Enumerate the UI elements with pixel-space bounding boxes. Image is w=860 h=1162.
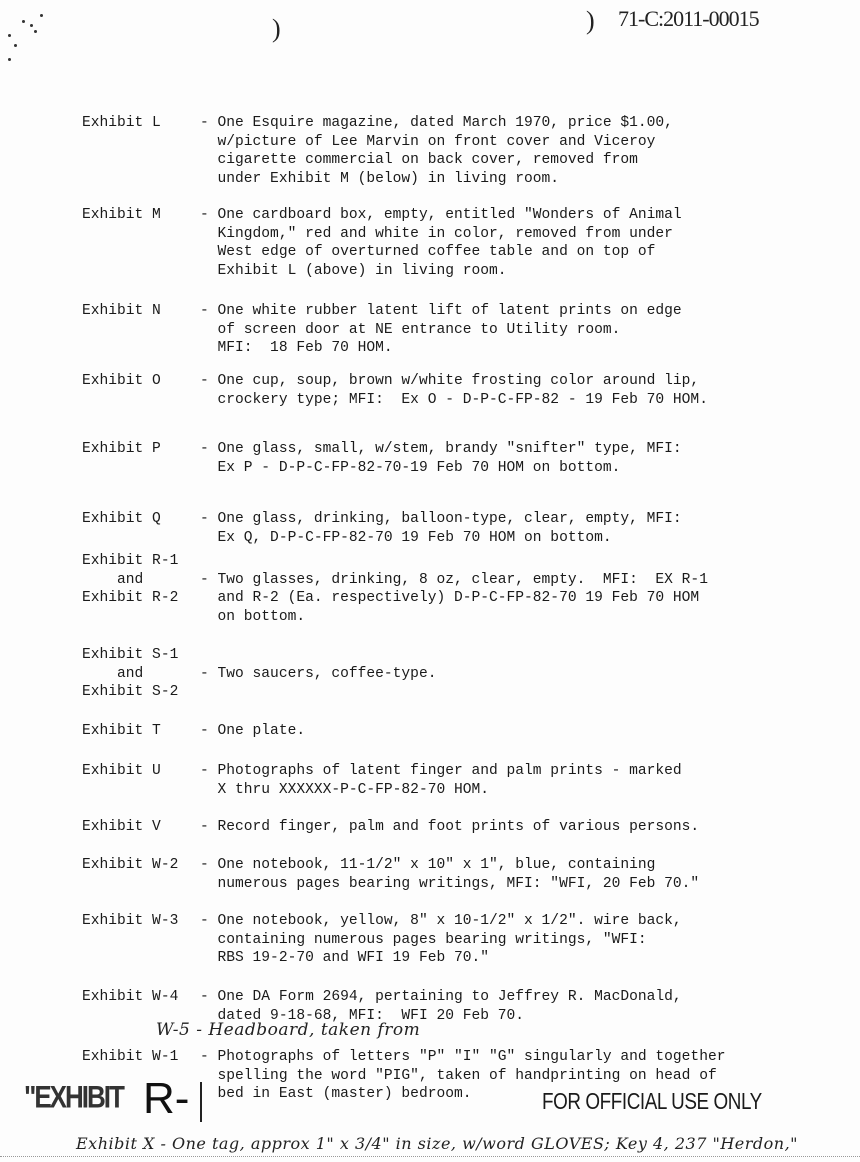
- exhibit-description-line: under Exhibit M (below) in living room.: [200, 170, 673, 189]
- exhibit-label-line: Exhibit O: [82, 372, 161, 391]
- scan-speck: [34, 30, 37, 33]
- exhibit-label-line: Exhibit W-4: [82, 988, 178, 1007]
- exhibit-description-line: of screen door at NE entrance to Utility…: [200, 321, 682, 340]
- exhibit-description: - One white rubber latent lift of latent…: [200, 302, 682, 358]
- exhibit-description-line: - Photographs of letters "P" "I" "G" sin…: [200, 1048, 725, 1067]
- bracket-mark: [200, 1082, 202, 1122]
- exhibit-description: - Two glasses, drinking, 8 oz, clear, em…: [200, 552, 708, 626]
- scan-speck: [40, 14, 43, 17]
- exhibit-label-line: Exhibit M: [82, 206, 161, 225]
- exhibit-description-line: - One white rubber latent lift of latent…: [200, 302, 682, 321]
- exhibit-label-line: Exhibit R-1: [82, 552, 178, 571]
- exhibit-description-line: numerous pages bearing writings, MFI: "W…: [200, 875, 699, 894]
- scan-speck: [14, 44, 17, 47]
- exhibit-label: Exhibit W-2: [82, 856, 178, 875]
- scan-speck: [8, 34, 11, 37]
- exhibit-label: Exhibit P: [82, 440, 161, 459]
- exhibit-description-line: spelling the word "PIG", taken of handpr…: [200, 1067, 725, 1086]
- exhibit-description: - One glass, drinking, balloon-type, cle…: [200, 510, 682, 547]
- exhibit-label-line: and: [82, 571, 178, 590]
- exhibit-description-line: West edge of overturned coffee table and…: [200, 243, 682, 262]
- exhibit-label: Exhibit O: [82, 372, 161, 391]
- exhibit-label: Exhibit V: [82, 818, 161, 837]
- exhibit-description-line: crockery type; MFI: Ex O - D-P-C-FP-82 -…: [200, 391, 708, 410]
- exhibit-stamp-blot: "EXHIBIT: [24, 1079, 123, 1116]
- exhibit-label: Exhibit Q: [82, 510, 161, 529]
- exhibit-description: - Photographs of latent finger and palm …: [200, 762, 682, 799]
- exhibit-description: - One Esquire magazine, dated March 1970…: [200, 114, 673, 188]
- exhibit-description-line: on bottom.: [200, 608, 708, 627]
- exhibit-label: Exhibit W-1: [82, 1048, 178, 1067]
- exhibit-description-line: - One DA Form 2694, pertaining to Jeffre…: [200, 988, 682, 1007]
- handwritten-exhibit-x-note: Exhibit X - One tag, approx 1" x 3/4" in…: [76, 1134, 798, 1153]
- exhibit-label: Exhibit R-1 andExhibit R-2: [82, 552, 178, 608]
- document-id: 71-C:2011-00015: [618, 6, 759, 32]
- exhibit-label-line: Exhibit S-2: [82, 683, 178, 702]
- exhibit-label-line: Exhibit W-1: [82, 1048, 178, 1067]
- exhibit-description-line: - Two glasses, drinking, 8 oz, clear, em…: [200, 571, 708, 590]
- scan-speck: [30, 24, 33, 27]
- exhibit-label-line: Exhibit S-1: [82, 646, 178, 665]
- handwritten-w5-note: W-5 - Headboard, taken from: [156, 1020, 420, 1040]
- exhibit-label-line: and: [82, 665, 178, 684]
- exhibit-description-line: - One glass, small, w/stem, brandy "snif…: [200, 440, 682, 459]
- exhibit-label-line: Exhibit U: [82, 762, 161, 781]
- exhibit-label: Exhibit T: [82, 722, 161, 741]
- exhibit-description: - Two saucers, coffee-type.: [200, 646, 436, 683]
- exhibit-description: - One cup, soup, brown w/white frosting …: [200, 372, 708, 409]
- exhibit-description: - One notebook, yellow, 8" x 10-1/2" x 1…: [200, 912, 682, 968]
- exhibit-description: - One notebook, 11-1/2" x 10" x 1", blue…: [200, 856, 699, 893]
- exhibit-description-line: Exhibit L (above) in living room.: [200, 262, 682, 281]
- scanned-document-page: ) ) 71-C:2011-00015 Exhibit L- One Esqui…: [0, 0, 860, 1162]
- exhibit-label-line: Exhibit Q: [82, 510, 161, 529]
- exhibit-description-line: - One cardboard box, empty, entitled "Wo…: [200, 206, 682, 225]
- scan-speck: [22, 20, 25, 23]
- exhibit-description-line: - One cup, soup, brown w/white frosting …: [200, 372, 708, 391]
- exhibit-description-line: X thru XXXXXX-P-C-FP-82-70 HOM.: [200, 781, 682, 800]
- exhibit-description-line: cigarette commercial on back cover, remo…: [200, 151, 673, 170]
- exhibit-description-line: - Record finger, palm and foot prints of…: [200, 818, 699, 837]
- exhibit-label-line: Exhibit W-2: [82, 856, 178, 875]
- exhibit-label-line: Exhibit R-2: [82, 589, 178, 608]
- exhibit-description: - One plate.: [200, 722, 305, 741]
- exhibit-description-line: - One plate.: [200, 722, 305, 741]
- official-use-stamp: FOR OFFICIAL USE ONLY: [542, 1088, 762, 1115]
- exhibit-label: Exhibit S-1 andExhibit S-2: [82, 646, 178, 702]
- exhibit-label: Exhibit U: [82, 762, 161, 781]
- exhibit-description-line: w/picture of Lee Marvin on front cover a…: [200, 133, 673, 152]
- exhibit-description-line: [200, 646, 436, 665]
- exhibit-label-line: Exhibit V: [82, 818, 161, 837]
- exhibit-description-line: Kingdom," red and white in color, remove…: [200, 225, 682, 244]
- exhibit-description: - Record finger, palm and foot prints of…: [200, 818, 699, 837]
- exhibit-description: - One cardboard box, empty, entitled "Wo…: [200, 206, 682, 280]
- exhibit-description-line: and R-2 (Ea. respectively) D-P-C-FP-82-7…: [200, 589, 708, 608]
- exhibit-description-line: - One glass, drinking, balloon-type, cle…: [200, 510, 682, 529]
- exhibit-description-line: Ex P - D-P-C-FP-82-70-19 Feb 70 HOM on b…: [200, 459, 682, 478]
- exhibit-label-line: Exhibit P: [82, 440, 161, 459]
- exhibit-description-line: - One notebook, yellow, 8" x 10-1/2" x 1…: [200, 912, 682, 931]
- exhibit-label-line: Exhibit T: [82, 722, 161, 741]
- exhibit-label: Exhibit W-4: [82, 988, 178, 1007]
- exhibit-label: Exhibit M: [82, 206, 161, 225]
- paren-mark: ): [586, 6, 595, 36]
- exhibit-description-line: - One notebook, 11-1/2" x 10" x 1", blue…: [200, 856, 699, 875]
- exhibit-label: Exhibit L: [82, 114, 161, 133]
- exhibit-stamp-letter: R-: [143, 1074, 189, 1124]
- exhibit-label-line: Exhibit L: [82, 114, 161, 133]
- exhibit-description-line: - Photographs of latent finger and palm …: [200, 762, 682, 781]
- exhibit-description-line: Ex Q, D-P-C-FP-82-70 19 Feb 70 HOM on bo…: [200, 529, 682, 548]
- page-bottom-edge: [0, 1156, 860, 1158]
- scan-speck: [8, 58, 11, 61]
- exhibit-label: Exhibit W-3: [82, 912, 178, 931]
- exhibit-label-line: Exhibit W-3: [82, 912, 178, 931]
- exhibit-label: Exhibit N: [82, 302, 161, 321]
- exhibit-description-line: containing numerous pages bearing writin…: [200, 931, 682, 950]
- paren-mark: ): [272, 14, 281, 44]
- exhibit-label-line: Exhibit N: [82, 302, 161, 321]
- exhibit-description-line: - Two saucers, coffee-type.: [200, 665, 436, 684]
- exhibit-description-line: RBS 19-2-70 and WFI 19 Feb 70.": [200, 949, 682, 968]
- exhibit-description: - One glass, small, w/stem, brandy "snif…: [200, 440, 682, 477]
- exhibit-description-line: MFI: 18 Feb 70 HOM.: [200, 339, 682, 358]
- exhibit-description-line: [200, 552, 708, 571]
- exhibit-description-line: - One Esquire magazine, dated March 1970…: [200, 114, 673, 133]
